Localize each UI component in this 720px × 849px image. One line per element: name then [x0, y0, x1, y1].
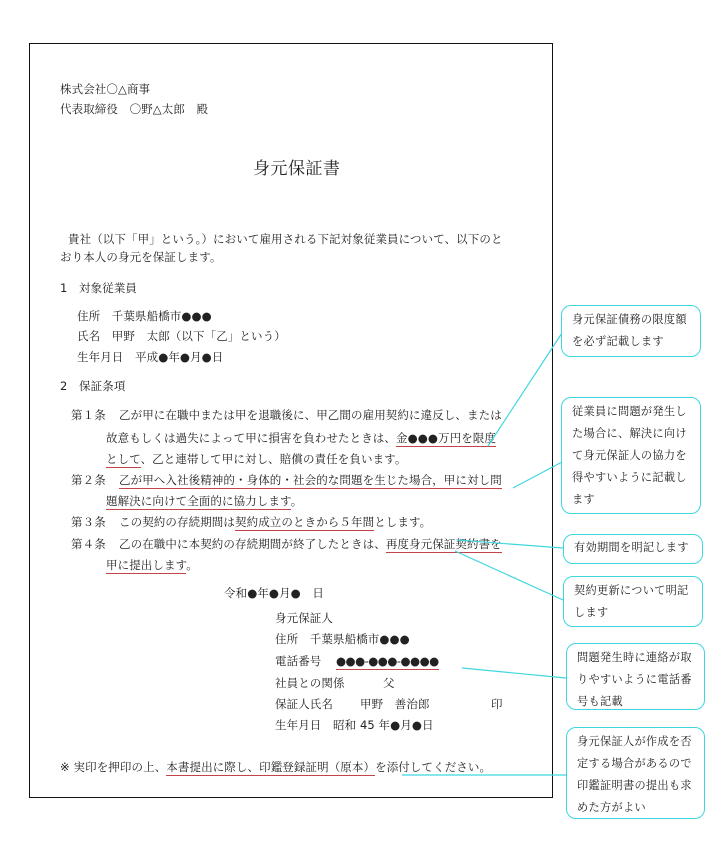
- guarantor-name-label: 保証人氏名: [275, 696, 333, 712]
- article4-line1: 乙の在職中に本契約の存続期間が終了したときは、再度身元保証契約書を: [119, 536, 502, 552]
- article4-label: 第４条: [71, 536, 106, 552]
- employee-address: 住所 千葉県船橋市●●●: [77, 308, 212, 324]
- article3-label: 第３条: [71, 514, 106, 530]
- employee-name: 氏名 甲野 太郎（以下「乙」という）: [77, 328, 286, 344]
- callout-renewal: 契約更新について明記します: [563, 576, 703, 627]
- limit-amount-underlined-cont: として: [106, 452, 141, 468]
- guarantor-birthdate: 生年月日 昭和 45 年●月●日: [275, 717, 434, 733]
- article2-line2: 題解決に向けて全面的に協力します。: [106, 493, 302, 509]
- intro-line-1: 貴社（以下「甲」という。）において雇用される下記対象従業員について、以下のと: [68, 231, 503, 247]
- callout-renewal-text: 契約更新について明記します: [574, 584, 689, 619]
- callout-limit-amount: 身元保証債務の限度額を必ず記載します: [561, 305, 701, 357]
- document-title: 身元保証書: [253, 158, 341, 180]
- footnote-pre: ※ 実印を押印の上、: [60, 760, 166, 774]
- article1-label: 第１条: [71, 407, 106, 423]
- guarantor-phone-value: ●●●-●●●-●●●●: [336, 653, 439, 669]
- article4-line2: 甲に提出します。: [106, 557, 198, 573]
- article3-post: とします。: [374, 515, 431, 529]
- callout-cooperation-text: 従業員に問題が発生した場合に、解決に向けて身元保証人の協力を得やすいように記載し…: [572, 405, 687, 506]
- callout-validity-text: 有効期間を明記します: [574, 541, 689, 554]
- addressee-person: 代表取締役 〇野△太郎 殿: [60, 101, 208, 117]
- article3-text: この契約の存続期間は契約成立のときから５年間とします。: [119, 514, 431, 530]
- article2-line1: 乙が甲へ入社後精神的・身体的・社会的な問題を生じた場合，甲に対し問: [119, 472, 502, 488]
- article1-line2: 故意もしくは過失によって甲に損害を負わせたときは、金●●●万円を限度: [106, 430, 496, 446]
- article1-line3: として、乙と連帯して甲に対し、賠償の責任を負います。: [106, 451, 406, 467]
- phone-underlined: ●●●-●●●-●●●●: [336, 654, 439, 670]
- guarantor-relation-value: 父: [383, 675, 395, 691]
- addressee-company: 株式会社〇△商事: [60, 81, 150, 97]
- callout-phone-text: 問題発生時に連絡が取りやすいように電話番号も記載: [577, 651, 692, 708]
- document-date: 令和●年●月● 日: [224, 585, 324, 601]
- footnote: ※ 実印を押印の上、本書提出に際し、印鑑登録証明（原本）を添付してください。: [60, 759, 491, 775]
- guarantor-heading: 身元保証人: [275, 610, 333, 626]
- section2-heading: 2 保証条項: [60, 378, 125, 394]
- article1-line2-text: 故意もしくは過失によって甲に損害を負わせたときは、: [106, 431, 396, 445]
- callout-phone: 問題発生時に連絡が取りやすいように電話番号も記載: [566, 643, 705, 710]
- section1-heading: 1 対象従業員: [60, 280, 137, 296]
- limit-amount-underlined: 金●●●万円を限度: [396, 431, 496, 447]
- guarantor-address: 住所 千葉県船橋市●●●: [275, 631, 410, 647]
- validity-period-underlined: 契約成立のときから５年間: [235, 515, 374, 531]
- article2-label: 第２条: [71, 472, 106, 488]
- callout-cooperation: 従業員に問題が発生した場合に、解決に向けて身元保証人の協力を得やすいように記載し…: [561, 397, 701, 514]
- article1-line1: 乙が甲に在職中または甲を退職後に、甲乙間の雇用契約に違反し、または: [119, 407, 502, 423]
- callout-seal-certificate: 身元保証人が作成を否定する場合があるので印鑑証明書の提出も求めた方がよい: [566, 727, 705, 819]
- employee-address-text: 住所 千葉県船橋市●●●: [77, 309, 212, 323]
- seal-certificate-underlined: 本書提出に際し、印鑑登録証明（原本）: [166, 760, 375, 776]
- guarantor-name-value: 甲野 善治郎: [360, 696, 430, 712]
- guarantor-relation-label: 社員との関係: [275, 675, 345, 691]
- employee-birthdate: 生年月日 平成●年●月●日: [77, 349, 223, 365]
- article3-pre: この契約の存続期間は: [119, 515, 235, 529]
- guarantor-phone-label: 電話番号: [275, 653, 321, 669]
- cooperation-underlined: 乙が甲へ入社後精神的・身体的・社会的な問題を生じた場合，甲に対し問: [119, 473, 502, 489]
- article4-line1-pre: 乙の在職中に本契約の存続期間が終了したときは、: [119, 537, 386, 551]
- article2-line2-end: 。: [291, 494, 303, 508]
- callout-validity: 有効期間を明記します: [563, 534, 703, 564]
- article4-line2-end: 。: [186, 558, 198, 572]
- footnote-post: を添付してください。: [375, 760, 491, 774]
- renewal-underlined: 再度身元保証契約書を: [386, 537, 502, 553]
- callout-limit-amount-text: 身元保証債務の限度額を必ず記載します: [572, 313, 687, 348]
- cooperation-underlined-cont: 題解決に向けて全面的に協力します: [106, 494, 291, 510]
- renewal-underlined-cont: 甲に提出します: [106, 558, 186, 574]
- intro-line-2: おり本人の身元を保証します。: [60, 249, 221, 265]
- seal-mark: 印: [491, 696, 503, 712]
- callout-seal-certificate-text: 身元保証人が作成を否定する場合があるので印鑑証明書の提出も求めた方がよい: [577, 735, 692, 814]
- article1-line3-text: 、乙と連帯して甲に対し、賠償の責任を負います。: [141, 452, 407, 466]
